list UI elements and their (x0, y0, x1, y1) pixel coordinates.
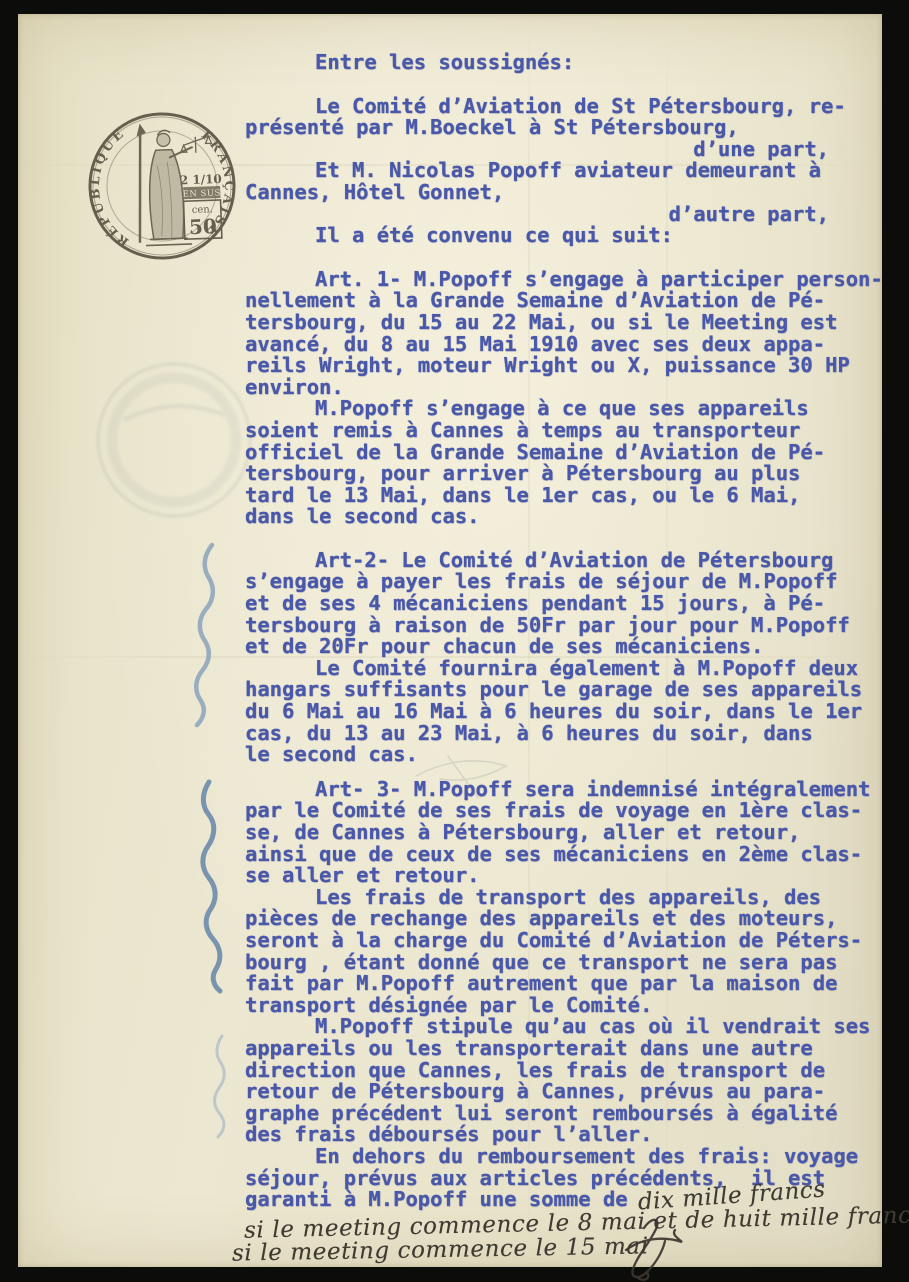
margin-squiggle-1 (196, 545, 213, 725)
typed-line: du 6 Mai au 16 Mai à 6 heures du soir, d… (245, 701, 887, 723)
typed-line-text: pièces de rechange des appareils et des … (245, 906, 837, 930)
typed-line-text: hangars suffisants pour le garage de ses… (245, 677, 862, 701)
typed-line-text: nellement à la Grande Semaine d’Aviation… (245, 288, 825, 312)
typed-line-text: dans le second cas. (245, 504, 480, 528)
margin-squiggle-2 (203, 782, 220, 991)
paragraph-group: M.Popoff s’engage à ce que ses appareils… (245, 398, 887, 528)
paragraph-group: M.Popoff stipule qu’au cas où il vendrai… (245, 1016, 887, 1146)
typed-line-text: appareils ou les transporterait dans une… (245, 1036, 813, 1060)
typed-line-text: reils Wright, moteur Wright ou X, puissa… (245, 353, 850, 377)
typed-line: Il a été convenu ce qui suit: (245, 225, 887, 247)
typed-line-text: se aller et retour. (245, 863, 480, 887)
typed-line: ainsi que de ceux de ses mécaniciens en … (245, 844, 887, 866)
document-page: RÉPUBLIQUE FRANÇAISE (18, 14, 882, 1267)
typed-line: nellement à la Grande Semaine d’Aviation… (245, 290, 887, 312)
typed-line: officiel de la Grande Semaine d’Aviation… (245, 442, 887, 464)
paragraph-group: Art-2- Le Comité d’Aviation de Pétersbou… (245, 550, 887, 658)
typed-line-text: présenté par M.Boeckel à St Pétersbourg, (245, 115, 739, 139)
typed-line: M.Popoff stipule qu’au cas où il vendrai… (245, 1016, 887, 1038)
typed-line-text: des frais déboursés pour l’aller. (245, 1122, 652, 1146)
typed-line-text: soient remis à Cannes à temps au transpo… (245, 418, 800, 442)
typed-line-text: ainsi que de ceux de ses mécaniciens en … (245, 842, 862, 866)
typed-line: présenté par M.Boeckel à St Pétersbourg, (245, 117, 887, 139)
typed-line: d’autre part, (245, 204, 887, 226)
typed-line: retour de Pétersbourg à Cannes, prévus a… (245, 1081, 887, 1103)
typed-line-text: M.Popoff stipule qu’au cas où il vendrai… (315, 1014, 870, 1038)
typed-line: et de 20Fr pour chacun de ses mécanicien… (245, 636, 887, 658)
typed-line-text: Cannes, Hôtel Gonnet, (245, 180, 504, 204)
typed-line: appareils ou les transporterait dans une… (245, 1038, 887, 1060)
typed-line: des frais déboursés pour l’aller. (245, 1124, 887, 1146)
typed-line: par le Comité de ses frais de voyage en … (245, 800, 887, 822)
typed-line-text: le second cas. (245, 742, 418, 766)
typed-line: fait par M.Popoff autrement que par la m… (245, 973, 887, 995)
typed-line: soient remis à Cannes à temps au transpo… (245, 420, 887, 442)
paragraph-group: En dehors du remboursement des frais: vo… (245, 1146, 887, 1211)
typed-text: Entre les soussignés:Le Comité d’Aviatio… (245, 52, 887, 1211)
typed-line-text: et de 20Fr pour chacun de ses mécanicien… (245, 634, 763, 658)
typed-line-text: du 6 Mai au 16 Mai à 6 heures du soir, d… (245, 699, 862, 723)
typed-line-text: d’autre part, (669, 202, 829, 226)
typed-line: Et M. Nicolas Popoff aviateur demeurant … (245, 160, 887, 182)
typed-line-text: retour de Pétersbourg à Cannes, prévus a… (245, 1079, 825, 1103)
typed-line: Entre les soussignés: (245, 52, 887, 74)
typed-line: s’engage à payer les frais de séjour de … (245, 571, 887, 593)
typed-line: seront à la charge du Comité d’Aviation … (245, 930, 887, 952)
typed-line: dans le second cas. (245, 506, 887, 528)
typed-line: se, de Cannes à Pétersbourg, aller et re… (245, 822, 887, 844)
typed-line: avancé, du 8 au 15 Mai 1910 avec ses deu… (245, 334, 887, 356)
paragraph-group: Entre les soussignés: (245, 52, 887, 74)
typed-line-text: En dehors du remboursement des frais: vo… (315, 1144, 858, 1168)
paragraph-group: Art- 3- M.Popoff sera indemnisé intégral… (245, 779, 887, 887)
typed-line: cas, du 13 au 23 Mai, à 6 heures du soir… (245, 723, 887, 745)
typed-line-text: seront à la charge du Comité d’Aviation … (245, 928, 862, 952)
paragraph-group: Le Comité d’Aviation de St Pétersbourg, … (245, 96, 887, 247)
typed-line: tersbourg, du 15 au 22 Mai, ou si le Mee… (245, 312, 887, 334)
typed-line-text: se, de Cannes à Pétersbourg, aller et re… (245, 820, 800, 844)
typed-line: direction que Cannes, les frais de trans… (245, 1060, 887, 1082)
typed-line-text: tersbourg, pour arriver à Pétersbourg au… (245, 461, 800, 485)
typed-line-text: Le Comité d’Aviation de St Pétersbourg, … (315, 94, 846, 118)
typed-line-text: bourg , étant donné que ce transport ne … (245, 950, 837, 974)
typed-line-text: Entre les soussignés: (315, 50, 574, 74)
typed-line: et de ses 4 mécaniciens pendant 15 jours… (245, 593, 887, 615)
paragraph-group: Art. 1- M.Popoff s’engage à participer p… (245, 269, 887, 399)
typed-line: reils Wright, moteur Wright ou X, puissa… (245, 355, 887, 377)
typed-line-text: direction que Cannes, les frais de trans… (245, 1058, 825, 1082)
margin-squiggle-3 (215, 1036, 225, 1137)
typed-line: Cannes, Hôtel Gonnet, (245, 182, 887, 204)
paragraph-group: Le Comité fournira également à M.Popoff … (245, 658, 887, 766)
typed-line-text: garanti à M.Popoff une somme de (245, 1187, 628, 1211)
typed-line-text: cas, du 13 au 23 Mai, à 6 heures du soir… (245, 721, 813, 745)
typed-line: En dehors du remboursement des frais: vo… (245, 1146, 887, 1168)
typed-line: bourg , étant donné que ce transport ne … (245, 952, 887, 974)
typed-line: tersbourg, pour arriver à Pétersbourg au… (245, 463, 887, 485)
typed-line-text: avancé, du 8 au 15 Mai 1910 avec ses deu… (245, 332, 825, 356)
typed-line: M.Popoff s’engage à ce que ses appareils (245, 398, 887, 420)
typed-line-text: Il a été convenu ce qui suit: (315, 223, 673, 247)
typed-line-text: officiel de la Grande Semaine d’Aviation… (245, 440, 825, 464)
typed-line: le second cas. (245, 744, 887, 766)
typed-line: pièces de rechange des appareils et des … (245, 908, 887, 930)
typed-line-text: s’engage à payer les frais de séjour de … (245, 569, 837, 593)
typed-line-text: et de ses 4 mécaniciens pendant 15 jours… (245, 591, 825, 615)
typed-line-text: Et M. Nicolas Popoff aviateur demeurant … (315, 158, 821, 182)
typed-line-text: M.Popoff s’engage à ce que ses appareils (315, 396, 809, 420)
typed-line: tersbourg à raison de 50Fr par jour pour… (245, 615, 887, 637)
typed-line: Le Comité d’Aviation de St Pétersbourg, … (245, 96, 887, 118)
paragraph-group: Les frais de transport des appareils, de… (245, 887, 887, 1017)
typed-line-text: fait par M.Popoff autrement que par la m… (245, 971, 837, 995)
typed-line: tard le 13 Mai, dans le 1er cas, ou le 6… (245, 485, 887, 507)
signature-paraph (614, 1214, 699, 1280)
typed-line: se aller et retour. (245, 865, 887, 887)
typed-line-text: tersbourg, du 15 au 22 Mai, ou si le Mee… (245, 310, 837, 334)
typed-line-text: par le Comité de ses frais de voyage en … (245, 798, 862, 822)
typed-line-text: tard le 13 Mai, dans le 1er cas, ou le 6… (245, 483, 800, 507)
typed-line: hangars suffisants pour le garage de ses… (245, 679, 887, 701)
